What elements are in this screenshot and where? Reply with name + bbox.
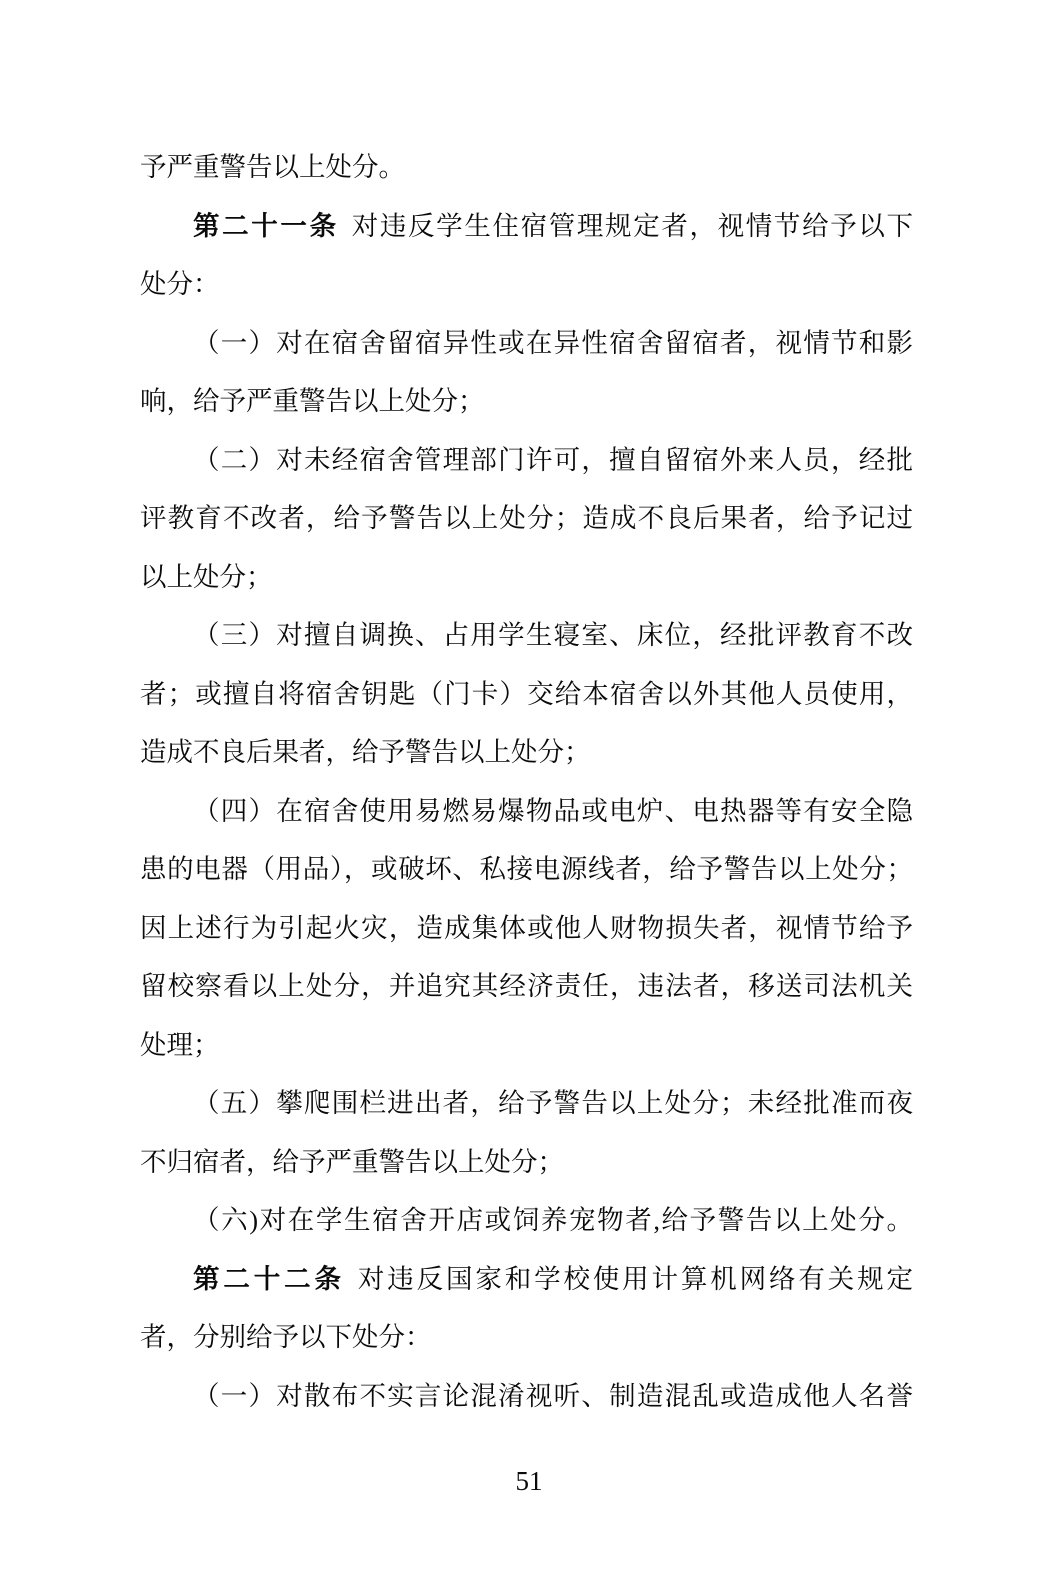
text-line: 不归宿者，给予严重警告以上处分； <box>140 1133 913 1192</box>
text-line: 以上处分； <box>140 548 913 607</box>
text-line: 予严重警告以上处分。 <box>140 138 913 197</box>
text-line: （一）对散布不实言论混淆视听、制造混乱或造成他人名誉 <box>140 1367 913 1426</box>
text-line: 因上述行为引起火灾，造成集体或他人财物损失者，视情节给予 <box>140 899 913 958</box>
text-line: 处分： <box>140 255 913 314</box>
text-line: （一）对在宿舍留宿异性或在异性宿舍留宿者，视情节和影 <box>140 314 913 373</box>
document-page: 予严重警告以上处分。第二十一条对违反学生住宿管理规定者，视情节给予以下处分：（一… <box>0 0 1058 1588</box>
article-number-bold: 第二十二条 <box>193 1264 345 1294</box>
line-text: 对违反学生住宿管理规定者，视情节给予以下 <box>352 211 913 241</box>
text-line: 患的电器（用品），或破坏、私接电源线者，给予警告以上处分； <box>140 840 913 899</box>
text-line: 者，分别给予以下处分： <box>140 1308 913 1367</box>
text-line: 处理； <box>140 1016 913 1075</box>
text-line: 留校察看以上处分，并追究其经济责任，违法者，移送司法机关 <box>140 957 913 1016</box>
text-line: 者；或擅自将宿舍钥匙（门卡）交给本宿舍以外其他人员使用， <box>140 665 913 724</box>
text-line: （二）对未经宿舍管理部门许可，擅自留宿外来人员，经批 <box>140 431 913 490</box>
text-line: （四）在宿舍使用易燃易爆物品或电炉、电热器等有安全隐 <box>140 782 913 841</box>
regulation-text-block: 予严重警告以上处分。第二十一条对违反学生住宿管理规定者，视情节给予以下处分：（一… <box>140 138 913 1425</box>
text-line: （六)对在学生宿舍开店或饲养宠物者,给予警告以上处分。 <box>140 1191 913 1250</box>
text-line: （五）攀爬围栏进出者，给予警告以上处分；未经批准而夜 <box>140 1074 913 1133</box>
text-line: 造成不良后果者，给予警告以上处分； <box>140 723 913 782</box>
page-number: 51 <box>0 1466 1058 1497</box>
text-line: （三）对擅自调换、占用学生寝室、床位，经批评教育不改 <box>140 606 913 665</box>
text-line: 评教育不改者，给予警告以上处分；造成不良后果者，给予记过 <box>140 489 913 548</box>
text-line: 第二十一条对违反学生住宿管理规定者，视情节给予以下 <box>140 197 913 256</box>
text-line: 第二十二条对违反国家和学校使用计算机网络有关规定 <box>140 1250 913 1309</box>
line-text: 对违反国家和学校使用计算机网络有关规定 <box>358 1264 913 1294</box>
text-line: 响，给予严重警告以上处分； <box>140 372 913 431</box>
article-number-bold: 第二十一条 <box>193 211 339 241</box>
